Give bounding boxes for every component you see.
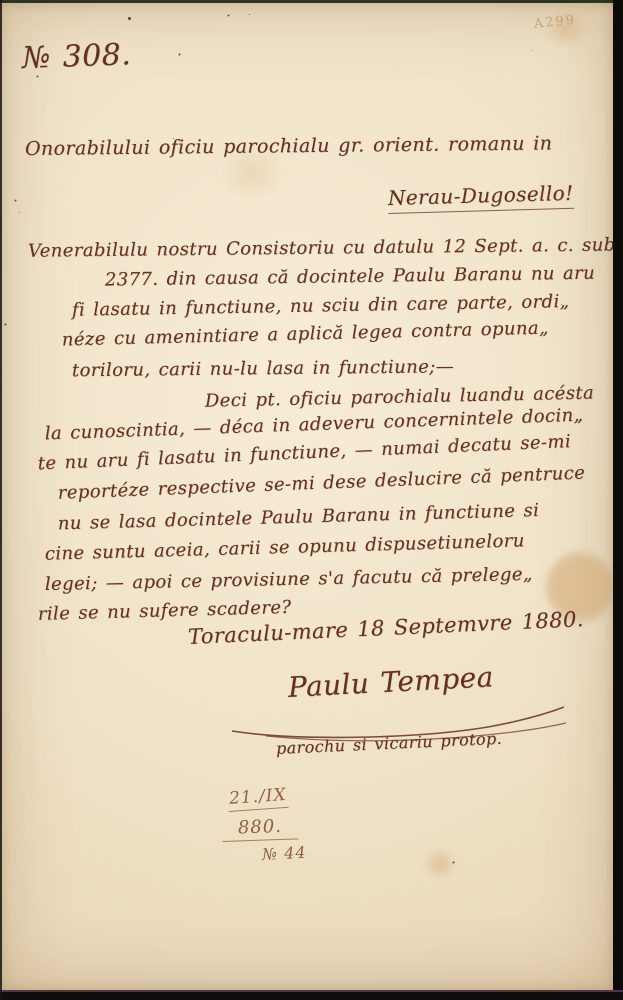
paper-sheet: № 308. A299 Onorabilului oficiu parochia… <box>0 3 613 990</box>
scan-edge-left <box>0 0 2 1000</box>
scan-edge-bottom <box>0 990 623 1000</box>
addressee-place-name: Nerau-Dugosello! <box>388 181 574 214</box>
paper-stain <box>420 851 460 877</box>
scan-edge-top <box>0 0 623 3</box>
registry-date: 21./IX <box>227 785 288 812</box>
document-number: № 308. <box>21 37 131 76</box>
salutation-line: Onorabilului oficiu parochialu gr. orien… <box>25 132 553 160</box>
scanned-manuscript-page: { "ink_color": "#643023", "paper_color":… <box>0 0 623 1000</box>
letter-body: Venerabilulu nostru Consistoriu cu datul… <box>0 241 613 635</box>
registry-number: № 44 <box>262 843 308 864</box>
scan-edge-right <box>613 0 623 1000</box>
signature-name: Paulu Tempea <box>287 660 494 704</box>
registry-year: 880. <box>222 815 299 842</box>
